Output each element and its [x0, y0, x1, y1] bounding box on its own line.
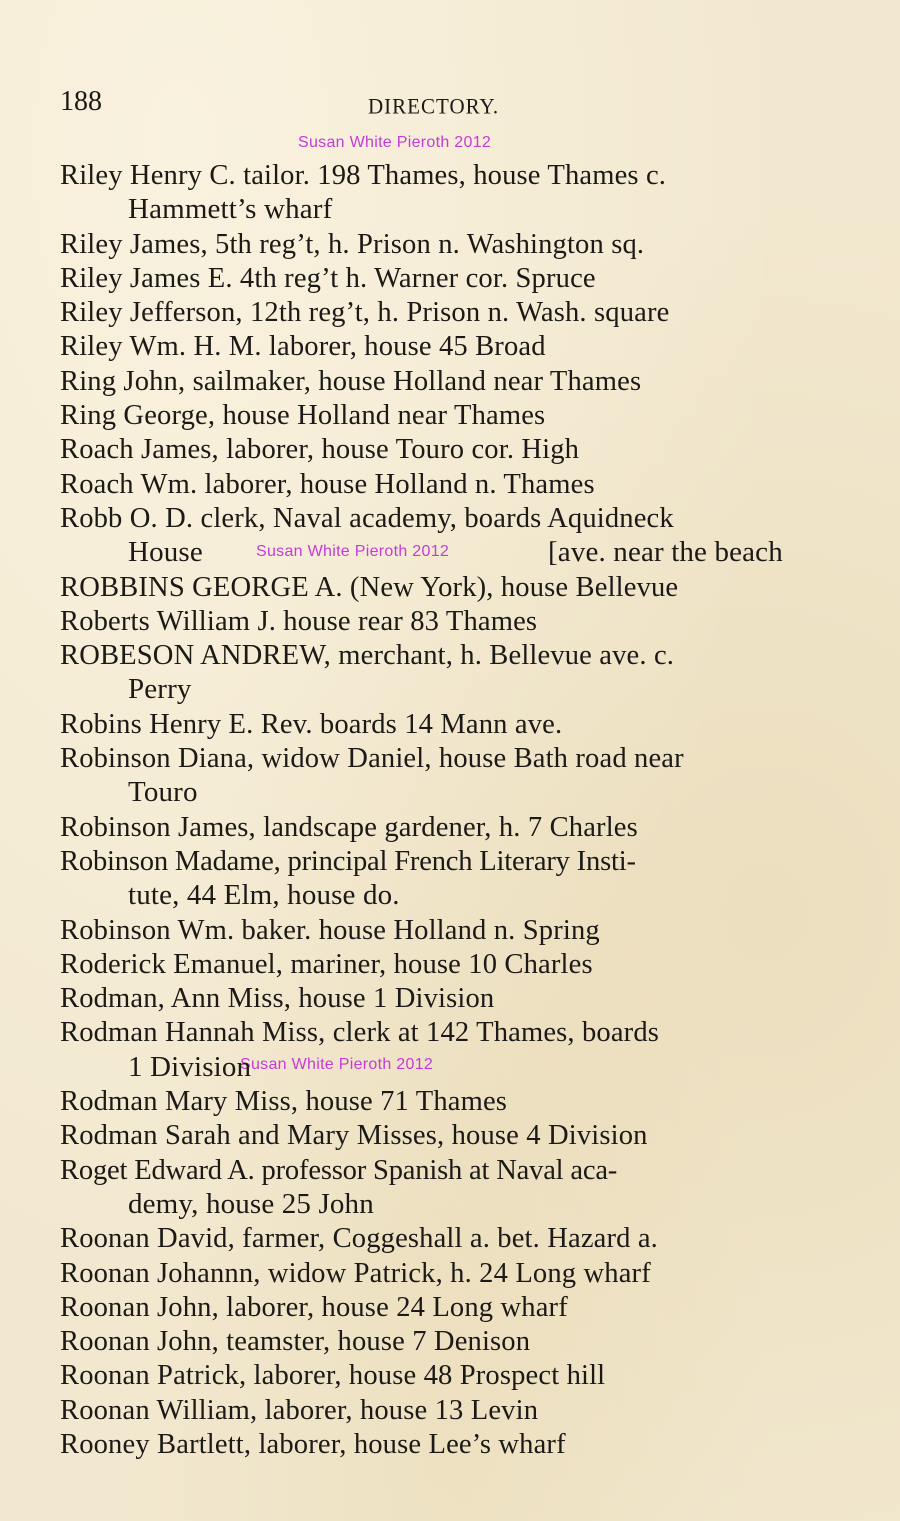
- entry-line: Rodman, Ann Miss, house 1 Division: [60, 981, 848, 1015]
- directory-entries: Riley Henry C. tailor. 198 Thames, house…: [60, 158, 860, 1461]
- watermark: Susan White Pieroth 2012: [298, 134, 491, 152]
- entry-line: Riley Wm. H. M. laborer, house 45 Broad: [60, 329, 848, 363]
- entry-line: Roget Edward A. professor Spanish at Nav…: [60, 1153, 848, 1187]
- running-title: DIRECTORY.: [368, 93, 499, 119]
- entry-continuation: Hammett’s wharf: [60, 192, 860, 226]
- entry-line: Rodman Hannah Miss, clerk at 142 Thames,…: [60, 1015, 848, 1049]
- entry-line: Ring George, house Holland near Thames: [60, 398, 848, 432]
- entry-continuation-text: House: [128, 536, 203, 568]
- entry-line: Roonan Johannn, widow Patrick, h. 24 Lon…: [60, 1256, 848, 1290]
- entry-line: Roderick Emanuel, mariner, house 10 Char…: [60, 947, 848, 981]
- entry-line: Roonan Patrick, laborer, house 48 Prospe…: [60, 1358, 848, 1392]
- entry-line: Roonan David, farmer, Coggeshall a. bet.…: [60, 1221, 848, 1255]
- entry-line: Riley James, 5th reg’t, h. Prison n. Was…: [60, 227, 848, 261]
- entry-line: Rodman Mary Miss, house 71 Thames: [60, 1084, 848, 1118]
- entry-continuation: House [ave. near the beach: [60, 535, 860, 569]
- entry-line: Riley Henry C. tailor. 198 Thames, house…: [60, 158, 848, 192]
- page-number: 188: [60, 86, 102, 118]
- entry-continuation: demy, house 25 John: [60, 1187, 860, 1221]
- entry-line: Robins Henry E. Rev. boards 14 Mann ave.: [60, 707, 848, 741]
- entry-line: Roach Wm. laborer, house Holland n. Tham…: [60, 467, 848, 501]
- entry-line: Ring John, sailmaker, house Holland near…: [60, 364, 848, 398]
- entry-continuation: 1 Division: [60, 1050, 860, 1084]
- entry-line: Robinson James, landscape gardener, h. 7…: [60, 810, 848, 844]
- entry-continuation: Perry: [60, 672, 860, 706]
- entry-line: ROBESON ANDREW, merchant, h. Bellevue av…: [60, 638, 848, 672]
- page-header: 188 DIRECTORY.: [60, 86, 850, 126]
- entry-line: Rodman Sarah and Mary Misses, house 4 Di…: [60, 1118, 848, 1152]
- entry-line: Robinson Madame, principal French Litera…: [60, 844, 848, 878]
- entry-line: Robb O. D. clerk, Naval academy, boards …: [60, 501, 848, 535]
- entry-line: Roonan John, laborer, house 24 Long whar…: [60, 1290, 848, 1324]
- entry-line: Roonan John, teamster, house 7 Denison: [60, 1324, 848, 1358]
- directory-page: 188 DIRECTORY. Susan White Pieroth 2012 …: [0, 0, 900, 1521]
- entry-line: Robinson Diana, widow Daniel, house Bath…: [60, 741, 848, 775]
- entry-line: ROBBINS GEORGE A. (New York), house Bell…: [60, 570, 848, 604]
- entry-line: Rooney Bartlett, laborer, house Lee’s wh…: [60, 1427, 848, 1461]
- entry-line: Robinson Wm. baker. house Holland n. Spr…: [60, 913, 848, 947]
- entry-line: Roonan William, laborer, house 13 Levin: [60, 1393, 848, 1427]
- entry-line: Riley James E. 4th reg’t h. Warner cor. …: [60, 261, 848, 295]
- entry-continuation: tute, 44 Elm, house do.: [60, 878, 860, 912]
- entry-line: Riley Jefferson, 12th reg’t, h. Prison n…: [60, 295, 848, 329]
- entry-continuation: Touro: [60, 775, 860, 809]
- entry-overflow-text: [ave. near the beach: [548, 535, 783, 569]
- entry-line: Roberts William J. house rear 83 Thames: [60, 604, 848, 638]
- entry-line: Roach James, laborer, house Touro cor. H…: [60, 432, 848, 466]
